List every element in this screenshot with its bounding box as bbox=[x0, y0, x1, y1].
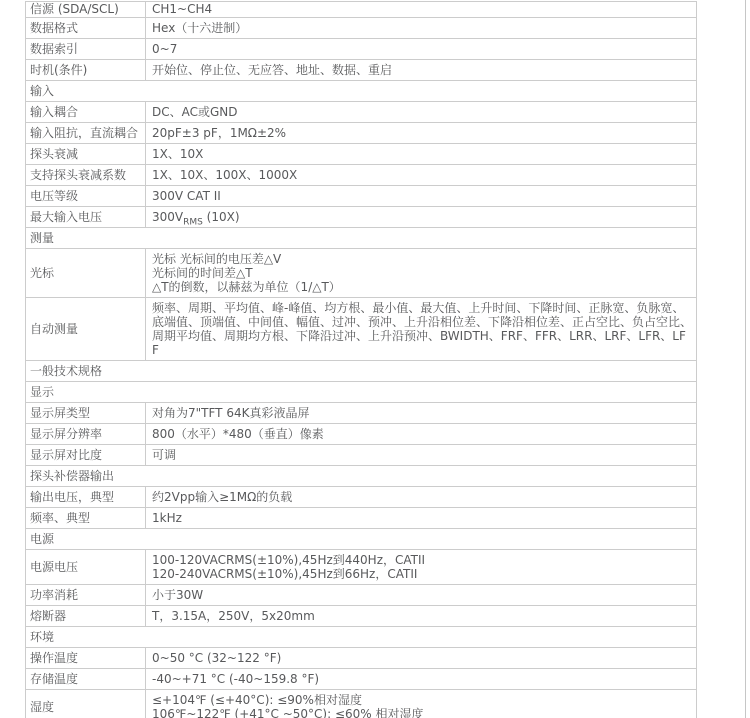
value-line: 20pF±3 pF，1MΩ±2% bbox=[152, 126, 692, 140]
value-line: 100-120VACRMS(±10%),45Hz到440Hz，CATII bbox=[152, 553, 692, 567]
section-label: 测量 bbox=[26, 228, 697, 249]
spec-label-cell: 显示屏分辨率 bbox=[26, 424, 146, 445]
spec-label-cell: 探头衰减 bbox=[26, 144, 146, 165]
value-line: T，3.15A，250V，5x20mm bbox=[152, 609, 692, 623]
spec-row: 支持探头衰减系数1X、10X、100X、1000X bbox=[26, 165, 697, 186]
spec-value-cell: 对角为7"TFT 64K真彩液晶屏 bbox=[146, 403, 697, 424]
value-line: 1X、10X、100X、1000X bbox=[152, 168, 692, 182]
value-line: 光标间的时间差△T bbox=[152, 266, 692, 280]
spec-page: 信源 (SDA/SCL)CH1~CH4数据格式Hex（十六进制）数据索引0~7时… bbox=[0, 0, 750, 718]
spec-value-cell: DC、AC或GND bbox=[146, 102, 697, 123]
value-line: 300V CAT II bbox=[152, 189, 692, 203]
spec-label-cell: 电源电压 bbox=[26, 550, 146, 585]
value-text: 300V bbox=[152, 210, 183, 224]
section-label: 探头补偿器输出 bbox=[26, 466, 697, 487]
spec-row: 输出电压，典型约2Vpp输入≥1MΩ的负载 bbox=[26, 487, 697, 508]
spec-row: 输入耦合DC、AC或GND bbox=[26, 102, 697, 123]
section-row: 测量 bbox=[26, 228, 697, 249]
page-right-border-line bbox=[745, 0, 746, 718]
spec-table-body: 信源 (SDA/SCL)CH1~CH4数据格式Hex（十六进制）数据索引0~7时… bbox=[26, 2, 697, 718]
value-line: 约2Vpp输入≥1MΩ的负载 bbox=[152, 490, 692, 504]
value-line: 光标 光标间的电压差△V bbox=[152, 252, 692, 266]
value-line: 106℉~122℉ (+41°C ~50°C): ≤60% 相对湿度 bbox=[152, 707, 692, 718]
spec-label-cell: 时机(条件) bbox=[26, 60, 146, 81]
spec-label-cell: 湿度 bbox=[26, 690, 146, 718]
spec-value-cell: 1X、10X bbox=[146, 144, 697, 165]
spec-label-cell: 电压等级 bbox=[26, 186, 146, 207]
spec-label-cell: 支持探头衰减系数 bbox=[26, 165, 146, 186]
spec-label-cell: 数据索引 bbox=[26, 39, 146, 60]
spec-value-cell: 20pF±3 pF，1MΩ±2% bbox=[146, 123, 697, 144]
spec-label-cell: 显示屏类型 bbox=[26, 403, 146, 424]
spec-value-cell: CH1~CH4 bbox=[146, 2, 697, 18]
spec-label-cell: 输出电压，典型 bbox=[26, 487, 146, 508]
spec-value-cell: 100-120VACRMS(±10%),45Hz到440Hz，CATII120-… bbox=[146, 550, 697, 585]
value-line: 120-240VACRMS(±10%),45Hz到66Hz，CATII bbox=[152, 567, 692, 581]
spec-row: 存储温度-40~+71 °C (-40~159.8 °F) bbox=[26, 669, 697, 690]
spec-row: 频率、典型1kHz bbox=[26, 508, 697, 529]
spec-row: 操作温度0~50 °C (32~122 °F) bbox=[26, 648, 697, 669]
value-line: 300VRMS (10X) bbox=[152, 210, 692, 224]
spec-row: 显示屏对比度可调 bbox=[26, 445, 697, 466]
spec-value-cell: 0~7 bbox=[146, 39, 697, 60]
spec-value-cell: 300V CAT II bbox=[146, 186, 697, 207]
spec-row: 探头衰减1X、10X bbox=[26, 144, 697, 165]
spec-value-cell: 约2Vpp输入≥1MΩ的负载 bbox=[146, 487, 697, 508]
value-line: 0~7 bbox=[152, 42, 692, 56]
value-line: 800（水平）*480（垂直）像素 bbox=[152, 427, 692, 441]
spec-label-cell: 操作温度 bbox=[26, 648, 146, 669]
spec-label-cell: 自动测量 bbox=[26, 298, 146, 361]
spec-value-cell: ≤+104℉ (≤+40°C): ≤90%相对湿度106℉~122℉ (+41°… bbox=[146, 690, 697, 718]
spec-label-cell: 显示屏对比度 bbox=[26, 445, 146, 466]
value-subscript: RMS bbox=[183, 217, 203, 227]
spec-label-cell: 数据格式 bbox=[26, 18, 146, 39]
spec-row: 信源 (SDA/SCL)CH1~CH4 bbox=[26, 2, 697, 18]
spec-value-cell: Hex（十六进制） bbox=[146, 18, 697, 39]
section-row: 环境 bbox=[26, 627, 697, 648]
spec-row: 湿度≤+104℉ (≤+40°C): ≤90%相对湿度106℉~122℉ (+4… bbox=[26, 690, 697, 718]
value-line: 开始位、停止位、无应答、地址、数据、重启 bbox=[152, 63, 692, 77]
spec-table: 信源 (SDA/SCL)CH1~CH4数据格式Hex（十六进制）数据索引0~7时… bbox=[25, 1, 697, 718]
spec-row: 显示屏分辨率800（水平）*480（垂直）像素 bbox=[26, 424, 697, 445]
value-line: 频率、周期、平均值、峰-峰值、均方根、最小值、最大值、上升时间、下降时间、正脉宽… bbox=[152, 301, 692, 357]
spec-row: 输入阻抗，直流耦合20pF±3 pF，1MΩ±2% bbox=[26, 123, 697, 144]
value-line: 对角为7"TFT 64K真彩液晶屏 bbox=[152, 406, 692, 420]
spec-label-cell: 光标 bbox=[26, 249, 146, 298]
spec-value-cell: 300VRMS (10X) bbox=[146, 207, 697, 228]
spec-label-cell: 存储温度 bbox=[26, 669, 146, 690]
spec-value-cell: 1kHz bbox=[146, 508, 697, 529]
spec-row: 最大输入电压300VRMS (10X) bbox=[26, 207, 697, 228]
value-line: ≤+104℉ (≤+40°C): ≤90%相对湿度 bbox=[152, 693, 692, 707]
spec-row: 光标光标 光标间的电压差△V光标间的时间差△T△T的倒数，以赫兹为单位（1/△T… bbox=[26, 249, 697, 298]
spec-value-cell: -40~+71 °C (-40~159.8 °F) bbox=[146, 669, 697, 690]
spec-row: 显示屏类型对角为7"TFT 64K真彩液晶屏 bbox=[26, 403, 697, 424]
section-row: 一般技术规格 bbox=[26, 361, 697, 382]
section-row: 电源 bbox=[26, 529, 697, 550]
spec-label-cell: 信源 (SDA/SCL) bbox=[26, 2, 146, 18]
spec-row: 数据格式Hex（十六进制） bbox=[26, 18, 697, 39]
spec-row: 功率消耗小于30W bbox=[26, 585, 697, 606]
value-line: DC、AC或GND bbox=[152, 105, 692, 119]
section-label: 环境 bbox=[26, 627, 697, 648]
value-line: 1X、10X bbox=[152, 147, 692, 161]
spec-value-cell: 频率、周期、平均值、峰-峰值、均方根、最小值、最大值、上升时间、下降时间、正脉宽… bbox=[146, 298, 697, 361]
spec-label-cell: 最大输入电压 bbox=[26, 207, 146, 228]
section-label: 输入 bbox=[26, 81, 697, 102]
section-row: 探头补偿器输出 bbox=[26, 466, 697, 487]
spec-value-cell: T，3.15A，250V，5x20mm bbox=[146, 606, 697, 627]
spec-row: 自动测量频率、周期、平均值、峰-峰值、均方根、最小值、最大值、上升时间、下降时间… bbox=[26, 298, 697, 361]
spec-label-cell: 输入阻抗，直流耦合 bbox=[26, 123, 146, 144]
spec-label-cell: 频率、典型 bbox=[26, 508, 146, 529]
spec-value-cell: 光标 光标间的电压差△V光标间的时间差△T△T的倒数，以赫兹为单位（1/△T） bbox=[146, 249, 697, 298]
value-line: △T的倒数，以赫兹为单位（1/△T） bbox=[152, 280, 692, 294]
section-label: 电源 bbox=[26, 529, 697, 550]
spec-value-cell: 1X、10X、100X、1000X bbox=[146, 165, 697, 186]
spec-row: 数据索引0~7 bbox=[26, 39, 697, 60]
value-text: (10X) bbox=[203, 210, 240, 224]
section-row: 输入 bbox=[26, 81, 697, 102]
spec-label-cell: 功率消耗 bbox=[26, 585, 146, 606]
value-line: -40~+71 °C (-40~159.8 °F) bbox=[152, 672, 692, 686]
value-line: CH1~CH4 bbox=[152, 2, 692, 16]
spec-value-cell: 开始位、停止位、无应答、地址、数据、重启 bbox=[146, 60, 697, 81]
value-line: 可调 bbox=[152, 448, 692, 462]
spec-row: 电压等级300V CAT II bbox=[26, 186, 697, 207]
section-label: 显示 bbox=[26, 382, 697, 403]
value-line: 小于30W bbox=[152, 588, 692, 602]
value-line: 1kHz bbox=[152, 511, 692, 525]
spec-row: 时机(条件)开始位、停止位、无应答、地址、数据、重启 bbox=[26, 60, 697, 81]
spec-value-cell: 0~50 °C (32~122 °F) bbox=[146, 648, 697, 669]
spec-value-cell: 800（水平）*480（垂直）像素 bbox=[146, 424, 697, 445]
section-label: 一般技术规格 bbox=[26, 361, 697, 382]
spec-label-cell: 输入耦合 bbox=[26, 102, 146, 123]
spec-row: 熔断器T，3.15A，250V，5x20mm bbox=[26, 606, 697, 627]
spec-row: 电源电压100-120VACRMS(±10%),45Hz到440Hz，CATII… bbox=[26, 550, 697, 585]
value-line: 0~50 °C (32~122 °F) bbox=[152, 651, 692, 665]
section-row: 显示 bbox=[26, 382, 697, 403]
value-line: Hex（十六进制） bbox=[152, 21, 692, 35]
spec-value-cell: 小于30W bbox=[146, 585, 697, 606]
spec-label-cell: 熔断器 bbox=[26, 606, 146, 627]
spec-value-cell: 可调 bbox=[146, 445, 697, 466]
